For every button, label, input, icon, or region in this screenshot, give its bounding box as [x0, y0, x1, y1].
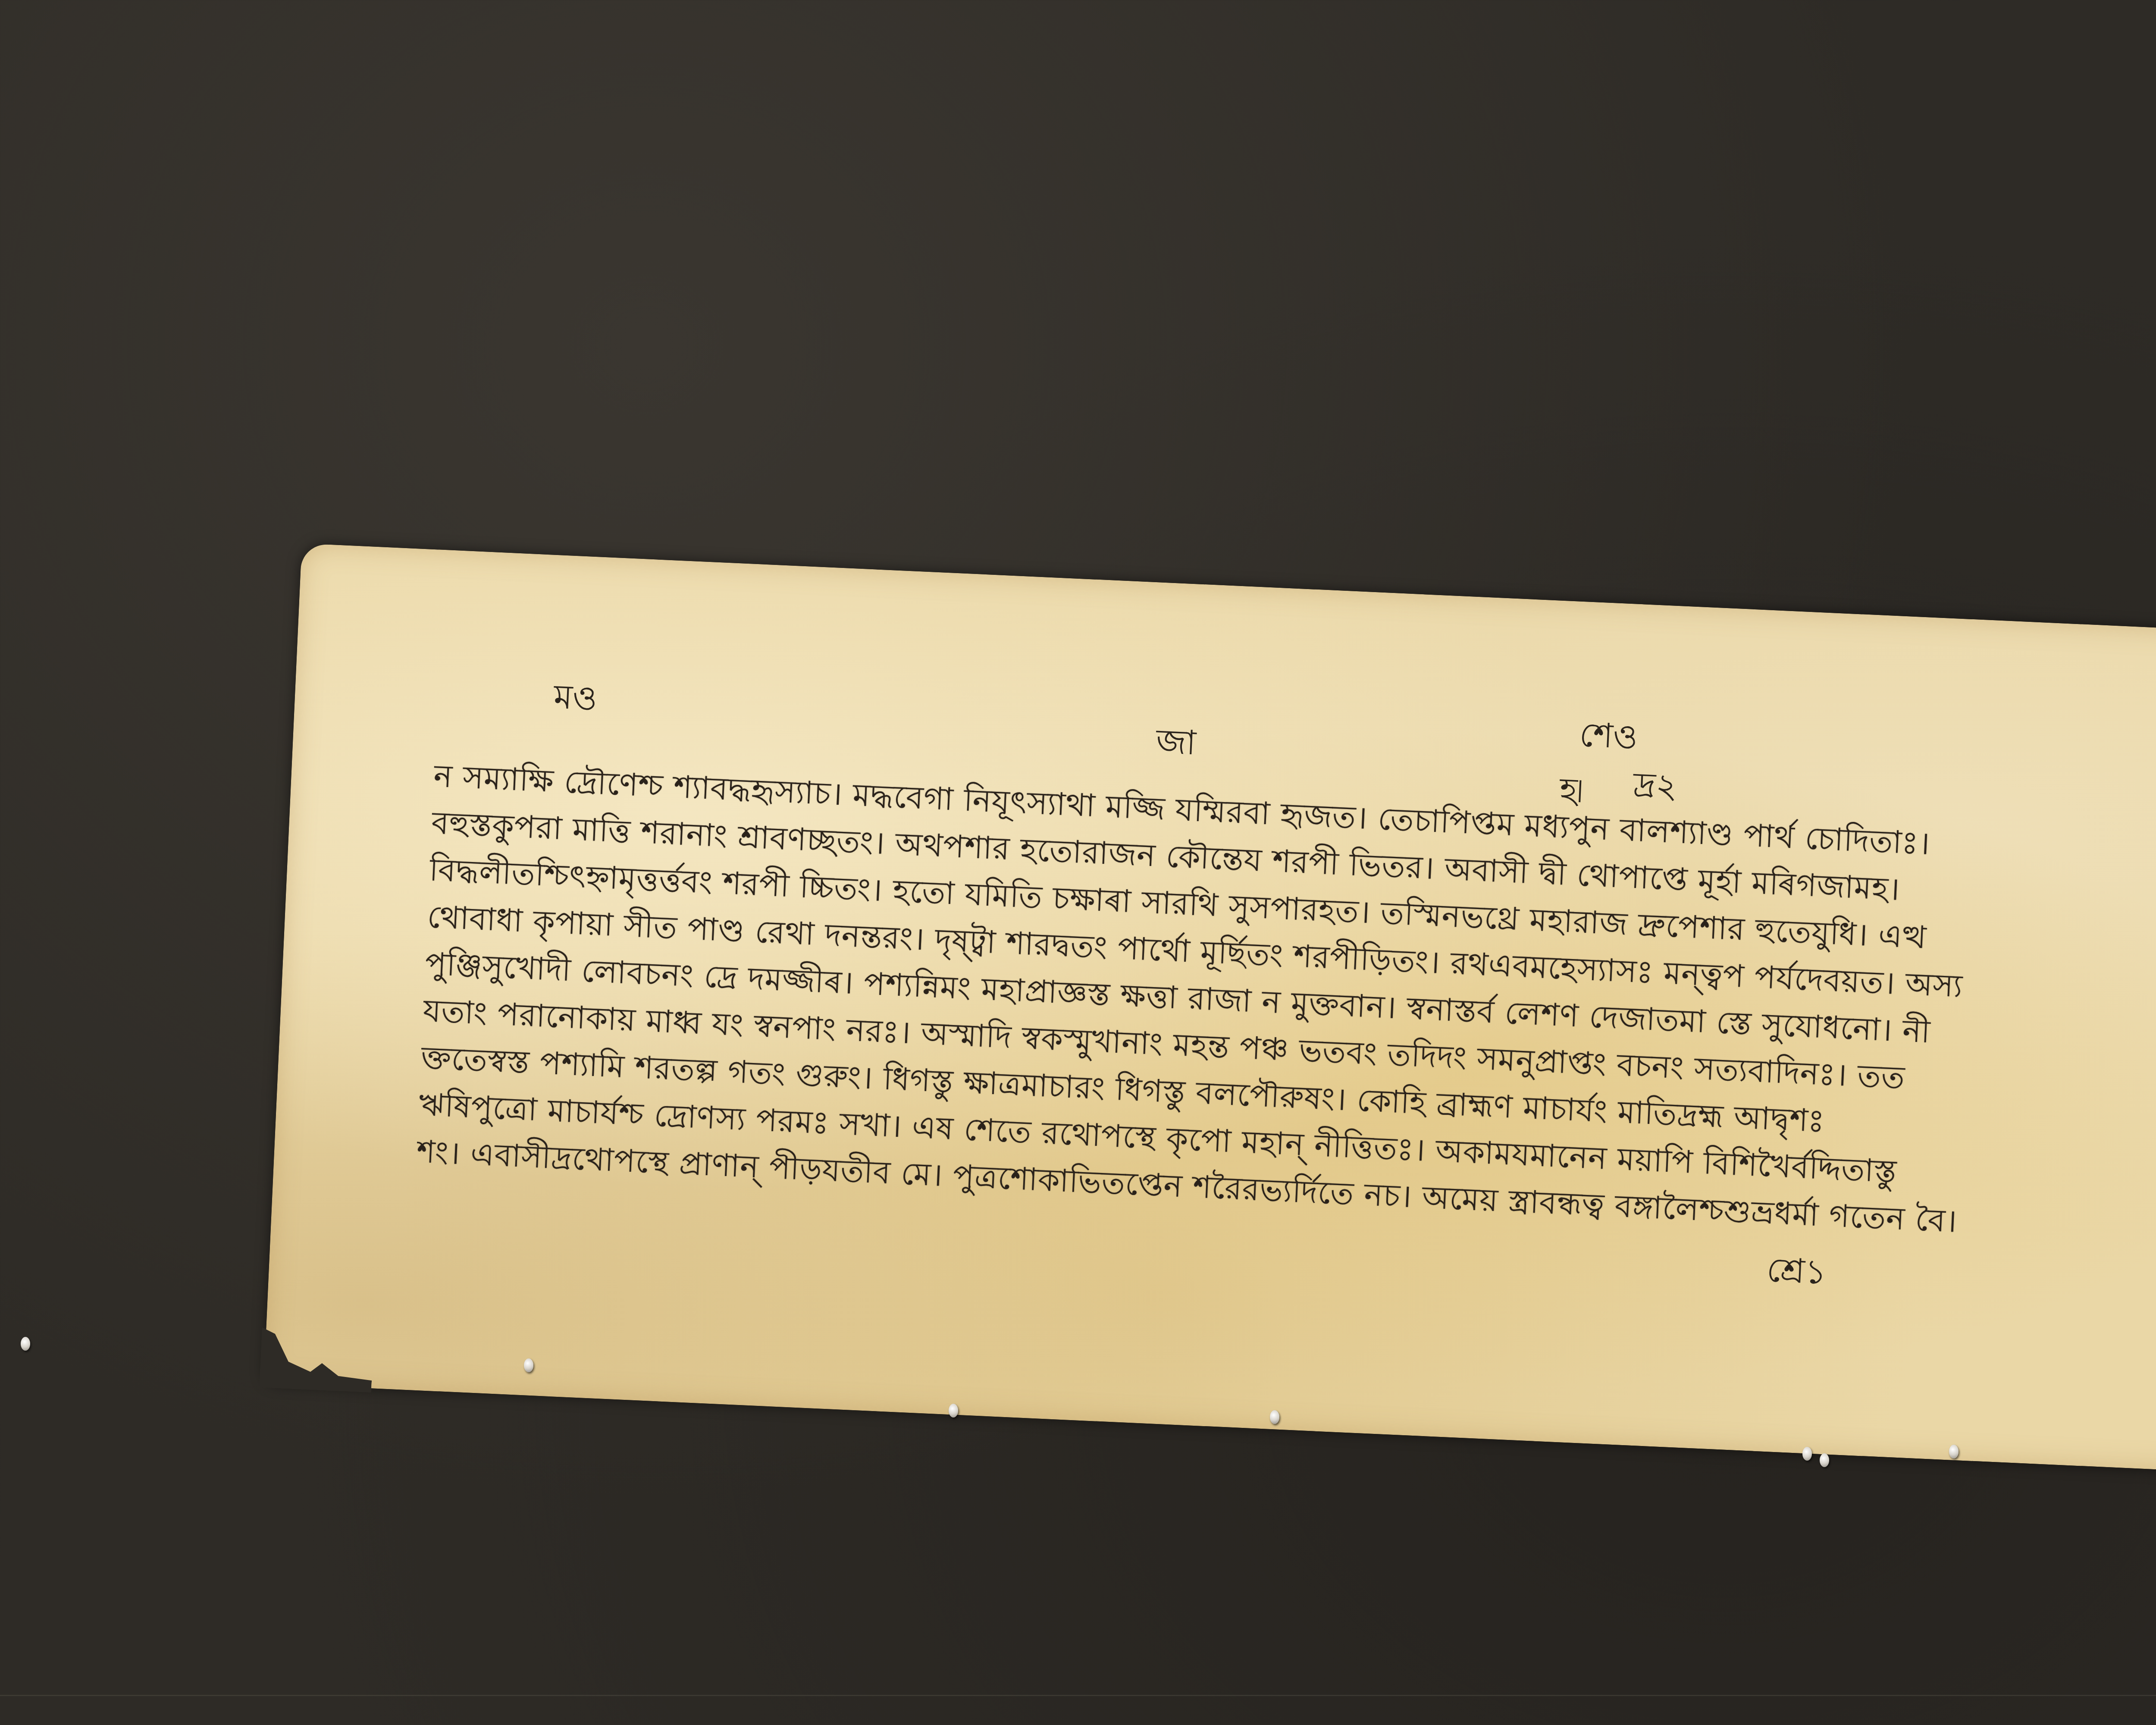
- marginal-note-upper-right-a: হ৷: [1559, 773, 1584, 808]
- mounting-pin: [1270, 1410, 1279, 1424]
- mounting-pin: [1820, 1453, 1829, 1467]
- mounting-pin: [21, 1337, 30, 1351]
- marginal-note-top-right: শেও: [1579, 718, 1639, 754]
- marginal-note-top-left: মও: [553, 680, 598, 715]
- manuscript-folio: মও জা শেও হ৷ দ্র২ ন সম্যাক্ষি দ্রৌণেশ্চ …: [264, 543, 2156, 1473]
- marginal-note-upper-right-b: দ্র২: [1633, 768, 1678, 804]
- marginal-note-top-center: জা: [1155, 724, 1197, 760]
- mounting-pin: [1802, 1447, 1812, 1461]
- mounting-pin: [524, 1358, 533, 1372]
- mounting-pin: [949, 1404, 958, 1418]
- marginal-note-bottom-right: শ্রে১: [1766, 1253, 1827, 1289]
- manuscript-text: ন সম্যাক্ষি দ্রৌণেশ্চ শ্যাবদ্ধহৃস্যাচ। ম…: [416, 752, 2115, 1251]
- board-groove: [0, 1695, 2156, 1696]
- mounting-pin: [1949, 1445, 1959, 1458]
- torn-corner: [259, 1327, 374, 1393]
